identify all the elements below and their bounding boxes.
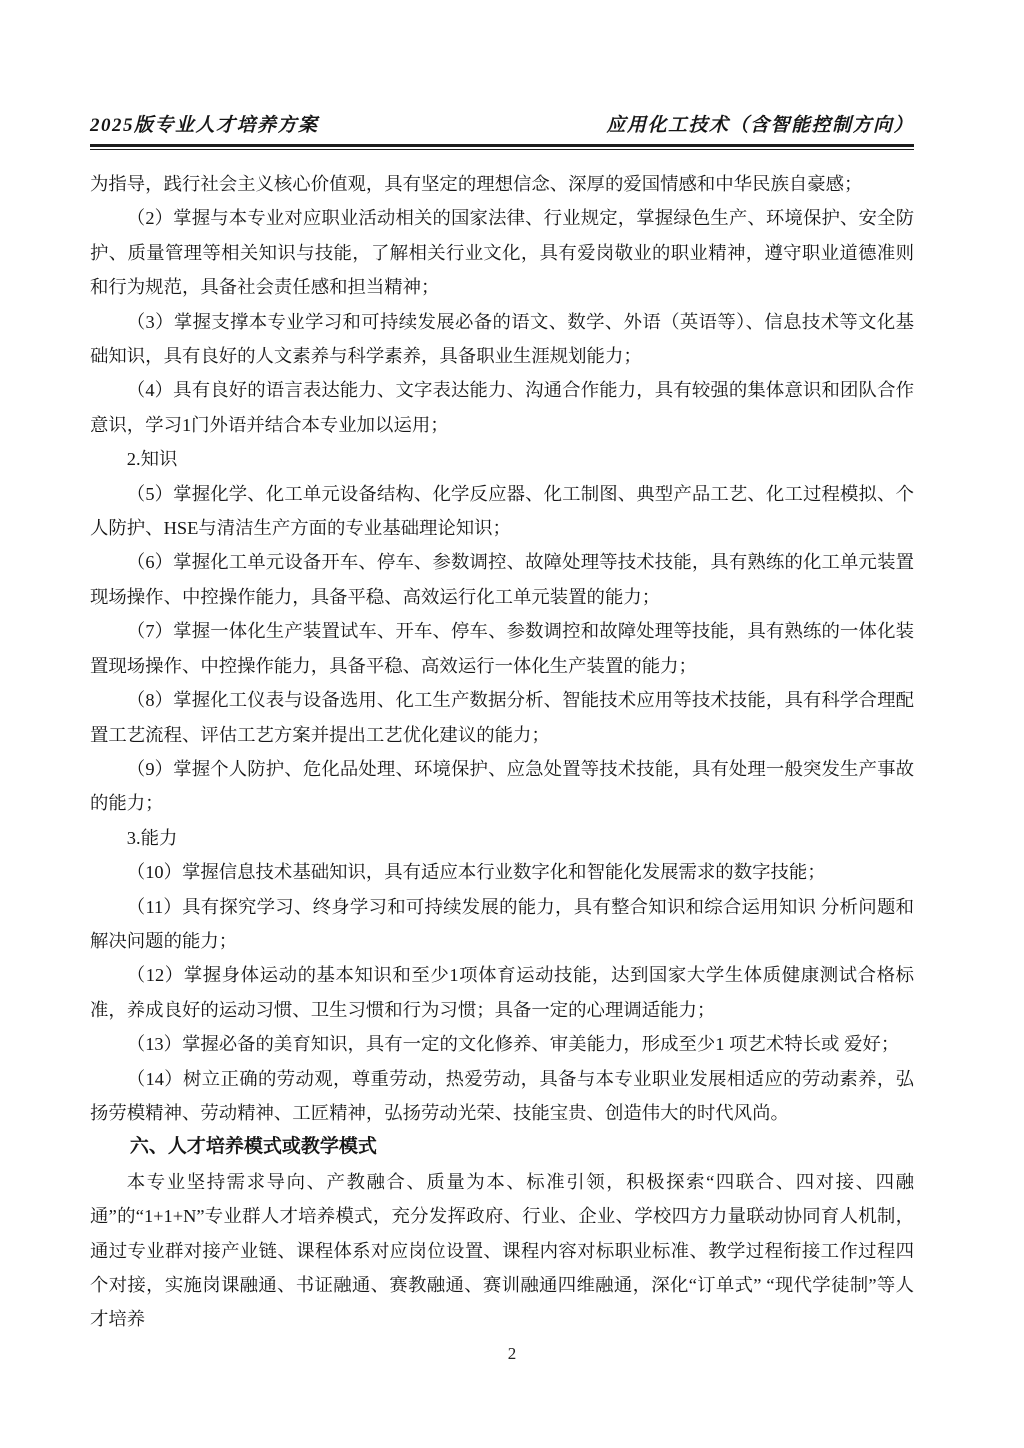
paragraph-item-2: （2）掌握与本专业对应职业活动相关的国家法律、行业规定，掌握绿色生产、环境保护、… (90, 201, 914, 304)
section-heading-6: 六、人才培养模式或教学模式 (90, 1130, 914, 1164)
paragraph-item-10: （10）掌握信息技术基础知识，具有适应本行业数字化和智能化发展需求的数字技能； (90, 855, 914, 889)
paragraph-continuation: 为指导，践行社会主义核心价值观，具有坚定的理想信念、深厚的爱国情感和中华民族自豪… (90, 167, 914, 201)
header-right-title: 应用化工技术（含智能控制方向） (606, 110, 914, 137)
paragraph-item-6: （6）掌握化工单元设备开车、停车、参数调控、故障处理等技术技能，具有熟练的化工单… (90, 545, 914, 614)
subsection-ability: 3.能力 (90, 821, 914, 855)
paragraph-item-14: （14）树立正确的劳动观，尊重劳动，热爱劳动，具备与本专业职业发展相适应的劳动素… (90, 1062, 914, 1131)
paragraph-item-7: （7）掌握一体化生产装置试车、开车、停车、参数调控和故障处理等技能，具有熟练的一… (90, 614, 914, 683)
paragraph-item-8: （8）掌握化工仪表与设备选用、化工生产数据分析、智能技术应用等技术技能，具有科学… (90, 683, 914, 752)
paragraph-item-9: （9）掌握个人防护、危化品处理、环境保护、应急处置等技术技能，具有处理一般突发生… (90, 752, 914, 821)
paragraph-training-mode: 本专业坚持需求导向、产教融合、质量为本、标准引领，积极探索“四联合、四对接、四融… (90, 1165, 914, 1337)
paragraph-item-5: （5）掌握化学、化工单元设备结构、化学反应器、化工制图、典型产品工艺、化工过程模… (90, 477, 914, 546)
page-number: 2 (0, 1344, 1024, 1364)
paragraph-item-4: （4）具有良好的语言表达能力、文字表达能力、沟通合作能力，具有较强的集体意识和团… (90, 373, 914, 442)
paragraph-item-13: （13）掌握必备的美育知识，具有一定的文化修养、审美能力，形成至少1 项艺术特长… (90, 1027, 914, 1061)
header-double-rule (90, 144, 914, 150)
header-left-title: 2025版专业人才培养方案 (90, 110, 319, 137)
paragraph-item-12: （12）掌握身体运动的基本知识和至少1项体育运动技能，达到国家大学生体质健康测试… (90, 958, 914, 1027)
paragraph-item-3: （3）掌握支撑本专业学习和可持续发展必备的语文、数学、外语（英语等）、信息技术等… (90, 305, 914, 374)
document-page: 2025版专业人才培养方案 应用化工技术（含智能控制方向） 为指导，践行社会主义… (0, 0, 1024, 1448)
document-body: 为指导，践行社会主义核心价值观，具有坚定的理想信念、深厚的爱国情感和中华民族自豪… (90, 167, 914, 1337)
page-header: 2025版专业人才培养方案 应用化工技术（含智能控制方向） (90, 110, 914, 150)
subsection-knowledge: 2.知识 (90, 442, 914, 476)
paragraph-item-11: （11）具有探究学习、终身学习和可持续发展的能力，具有整合知识和综合运用知识 分… (90, 890, 914, 959)
